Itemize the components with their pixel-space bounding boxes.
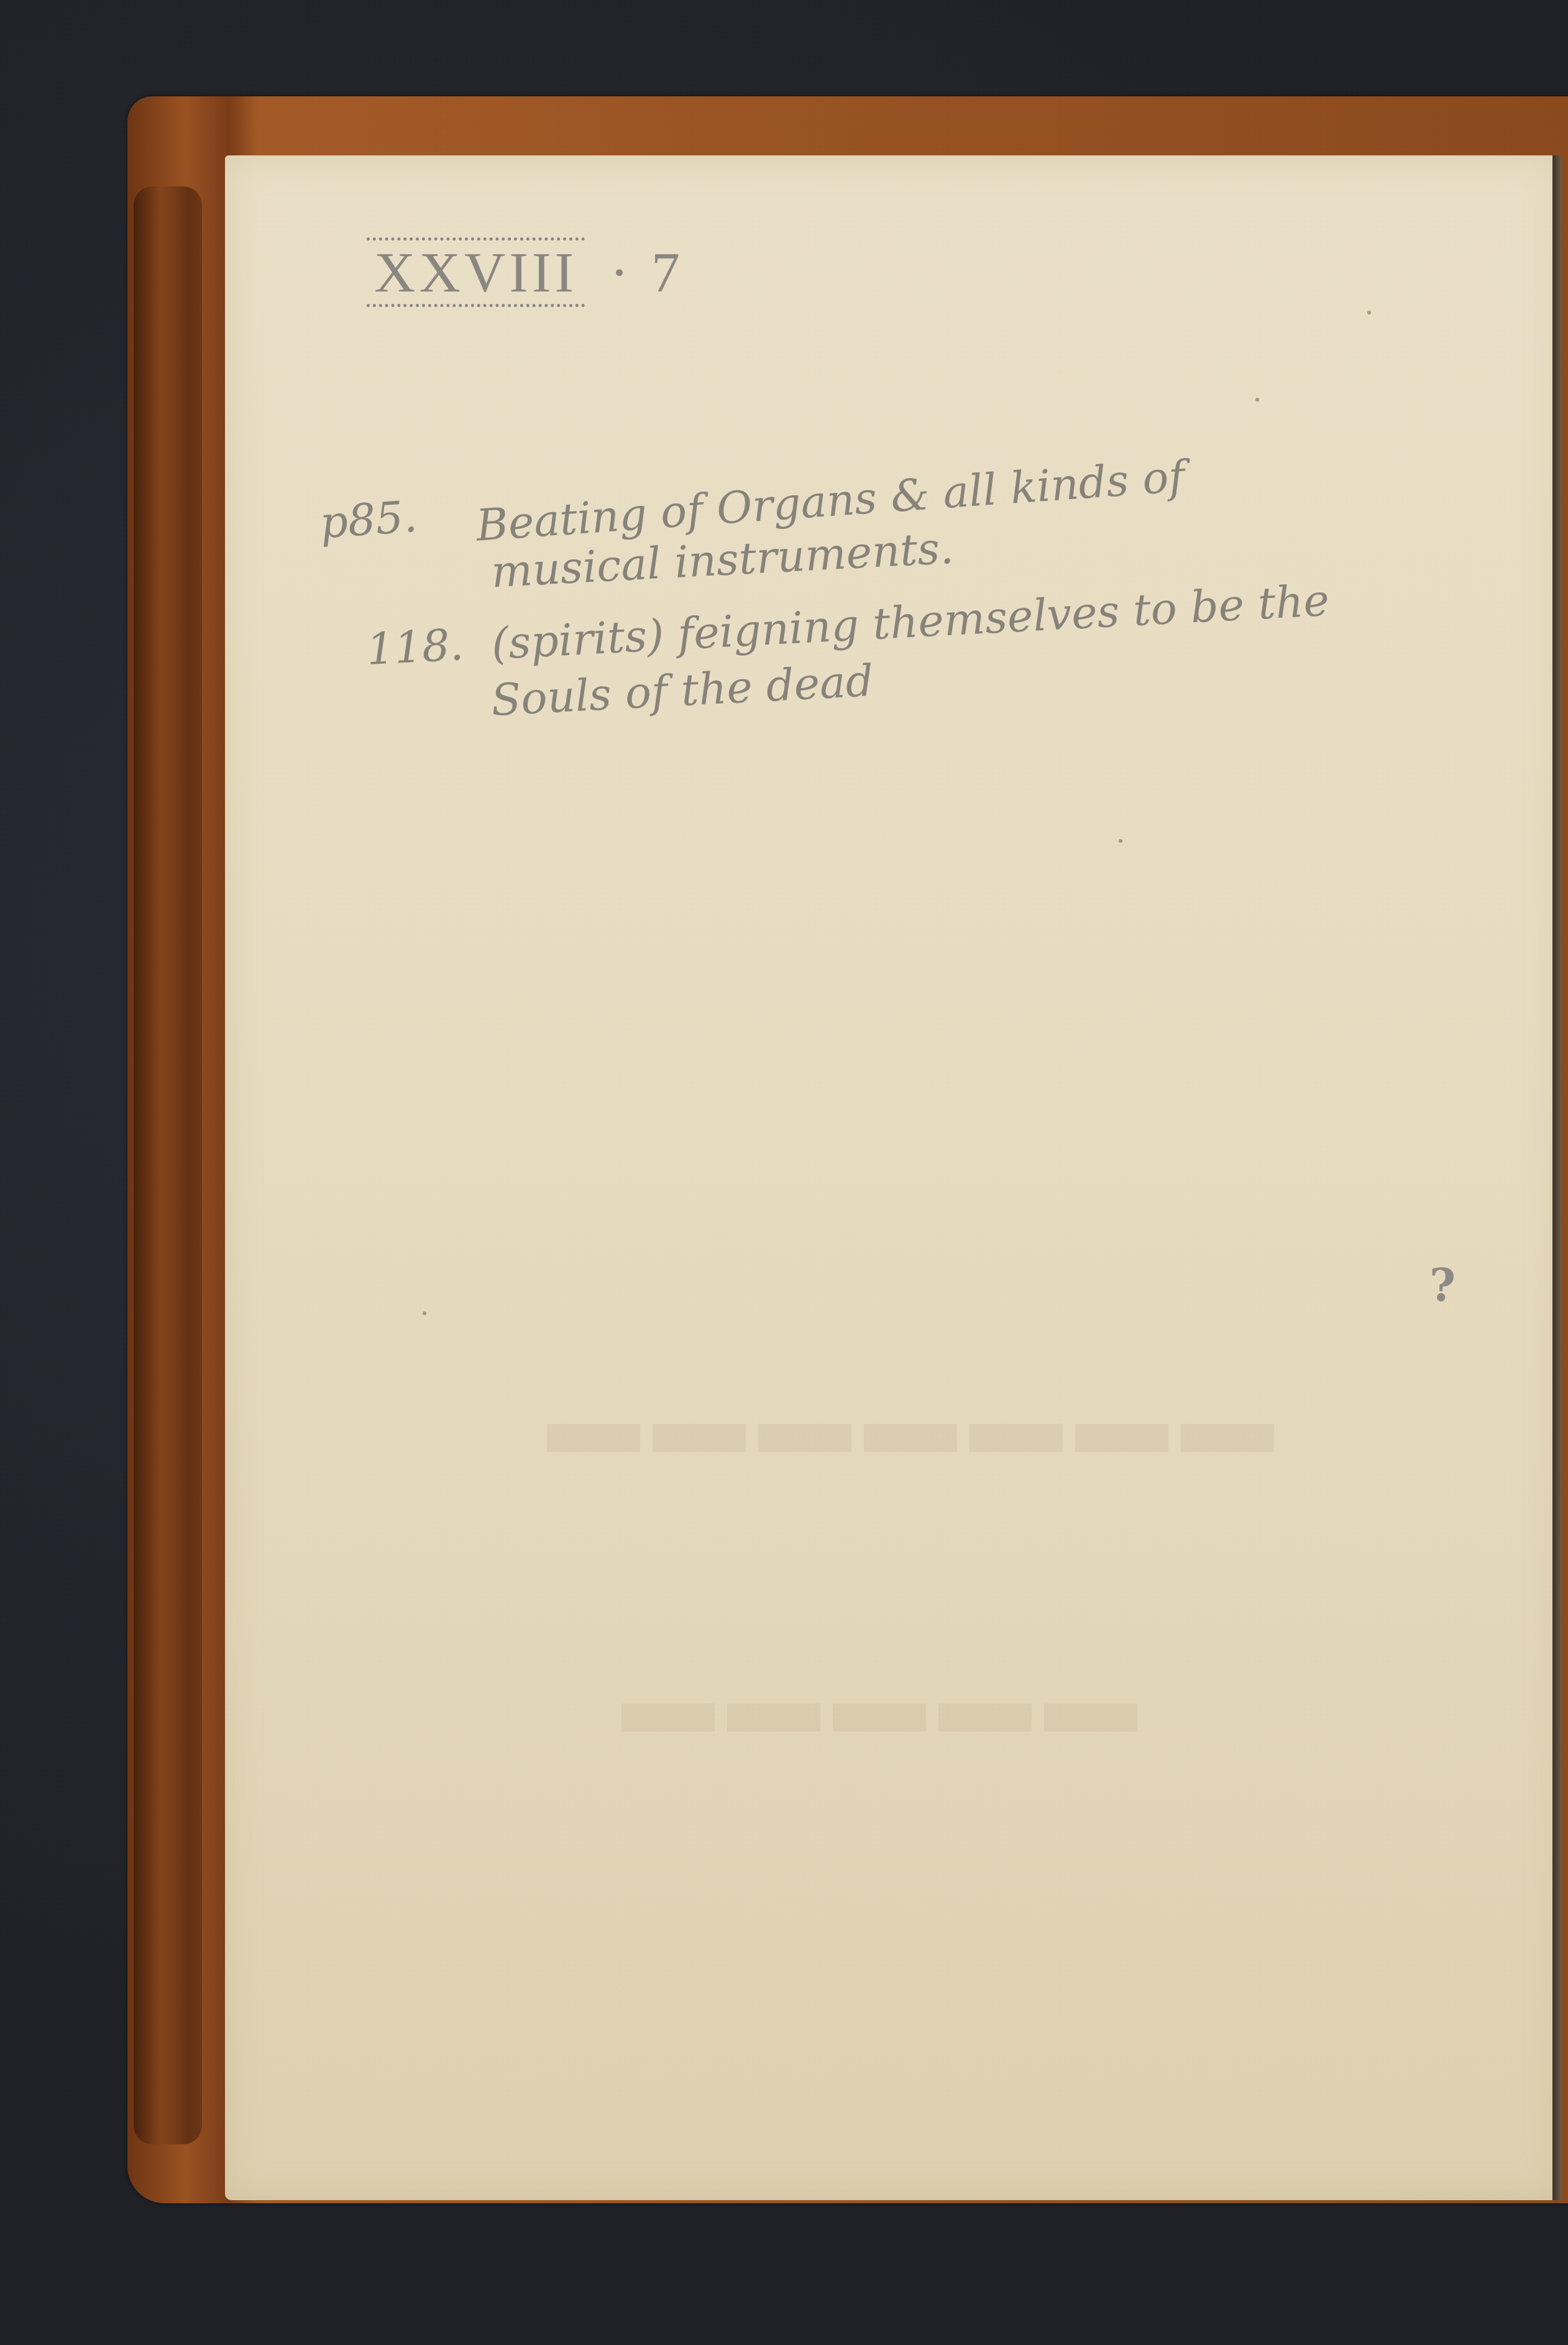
shelfmark-numeral: XXVIII bbox=[367, 237, 585, 307]
bleed-through-text: ▬▬▬▬▬ bbox=[621, 1647, 1150, 1754]
foxing-speck bbox=[423, 1311, 426, 1315]
foxing-speck bbox=[1367, 311, 1371, 314]
shelfmark-separator: · bbox=[610, 241, 633, 304]
annotation-1-ref: p85. bbox=[318, 491, 418, 549]
shelfmark: XXVIII·7 bbox=[367, 239, 684, 305]
book-spine bbox=[134, 186, 202, 2144]
bleed-through-text: ▬▬▬▬▬▬▬ bbox=[547, 1367, 1286, 1474]
annotation-2-ref: 118. bbox=[365, 619, 465, 675]
page-gutter-edge bbox=[1552, 155, 1561, 2200]
margin-mark: ? bbox=[1429, 1259, 1456, 1311]
foxing-speck bbox=[1119, 839, 1122, 843]
foxing-speck bbox=[1255, 398, 1259, 402]
shelfmark-number: 7 bbox=[651, 241, 684, 304]
flyleaf-page bbox=[225, 155, 1561, 2200]
